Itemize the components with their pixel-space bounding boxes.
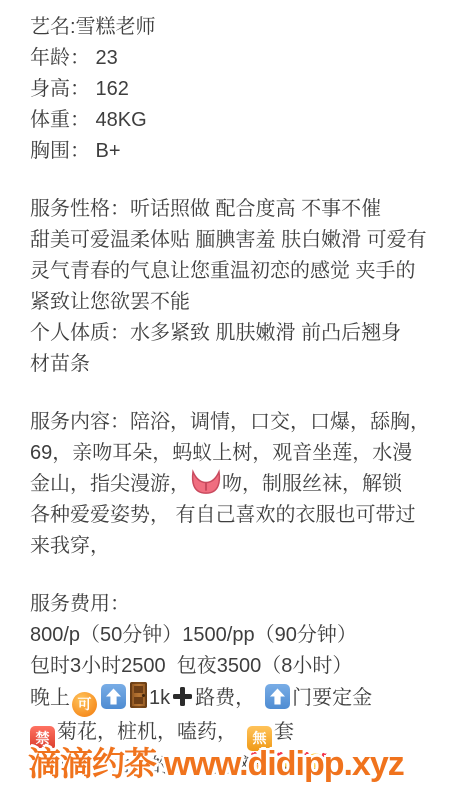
personality-line-2: 甜美可爱温柔体贴 腼腆害羞 肤白嫩滑 可爱有 [30,225,452,256]
height-line: 身高： 162 [30,74,452,105]
watermark: 滴滴约茶www.didipp.xyz [28,738,404,785]
tongue-emoji [191,469,221,495]
ad-text-body: 艺名:雪糕老师 年龄： 23 身高： 162 体重： 48KG 胸围： B+ 服… [30,12,452,782]
package-line: 包时3小时2500 包夜3500（8小时） [30,651,452,682]
personality-line-4: 紧致让您欲罢不能 [30,287,452,318]
personality-line-3: 灵气青春的气息让您重温初恋的感觉 夹手的 [30,256,452,287]
age-line: 年龄： 23 [30,43,452,74]
bust-line: 胸围： B+ [30,136,452,167]
stage-name-line: 艺名:雪糕老师 [30,12,452,43]
services-line-2: 69，亲吻耳朵，蚂蚁上树，观音坐莲，水漫 [30,438,452,469]
night-fee-line: 晚上可1k路费，门要定金 [30,682,452,717]
up-arrow-emoji [101,684,126,709]
watermark-brand: 滴滴约茶 [28,745,156,782]
plus-emoji [173,687,192,706]
services-line-3-text-a: 金山，指尖漫游， [30,473,190,495]
accept-emoji: 可 [72,692,97,717]
up-arrow-emoji [265,684,290,709]
services-line-3: 金山，指尖漫游，吻，制服丝袜，解锁 [30,469,452,500]
constitution-line-2: 材苗条 [30,349,452,380]
night-travel-text: 路费， [195,687,255,709]
personality-section: 服务性格：听话照做 配合度高 不事不催 甜美可爱温柔体贴 腼腆害羞 肤白嫩滑 可… [30,194,452,380]
services-line-4: 各种爱爱姿势， 有自己喜欢的衣服也可带过 [30,500,452,531]
constitution-line-1: 个人体质：水多紧致 肌肤嫩滑 前凸后翘身 [30,318,452,349]
night-suffix-text: 门要定金 [292,687,372,709]
fees-heading: 服务费用： [30,589,452,620]
door-emoji [130,682,147,708]
personality-line-1: 服务性格：听话照做 配合度高 不事不催 [30,194,452,225]
price-line: 800/p（50分钟）1500/pp（90分钟） [30,620,452,651]
services-line-1: 服务内容：陪浴，调情，口交，口爆，舔胸， [30,407,452,438]
services-line-3-text-b: 吻，制服丝袜，解锁 [222,473,402,495]
night-amount-text: 1k [149,687,170,709]
watermark-url: www.didipp.xyz [164,745,404,783]
weight-line: 体重： 48KG [30,105,452,136]
services-line-5: 来我穿， [30,531,452,562]
services-section: 服务内容：陪浴，调情，口交，口爆，舔胸， 69，亲吻耳朵，蚂蚁上树，观音坐莲，水… [30,407,452,562]
profile-section: 艺名:雪糕老师 年龄： 23 身高： 162 体重： 48KG 胸围： B+ [30,12,452,167]
night-prefix-text: 晚上 [30,687,70,709]
